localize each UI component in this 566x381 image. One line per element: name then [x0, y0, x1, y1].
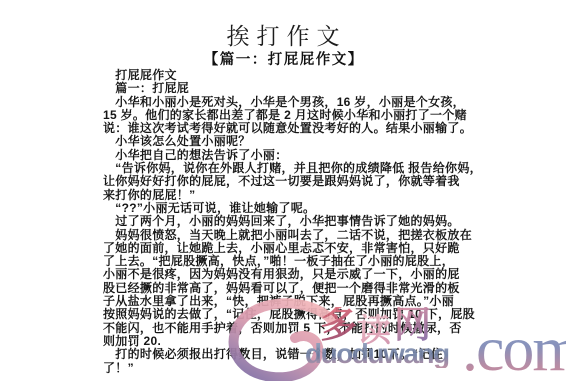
body-line: 不能闪，也不能用手护着，否则加罚 5 下，不能打的时候撒尿，否: [103, 322, 475, 335]
body-line: 过了两个月，小丽的妈妈回来了，小华把事情告诉了她的妈妈。: [103, 215, 475, 228]
body-line: 小丽不是很疼，因为妈妈没有用狠劲，只是示威了一下，小丽的屁: [103, 268, 475, 281]
essay-body: 打屁屁作文 篇一：打屁屁 小华和小丽小是死对头，小华是个男孩，16 岁，小丽是个…: [103, 69, 475, 375]
body-line: 小华该怎么处置小丽呢？: [103, 135, 475, 148]
body-line: 来打你的屁屁！”: [103, 189, 475, 202]
body-line: 篇一：打屁屁: [103, 82, 475, 95]
body-line: 了！”: [103, 362, 475, 375]
body-line: 打的时候必须报出打得数目，说错一个数，加罚10下。“记住: [103, 348, 475, 361]
body-line: 让你妈好好打你的屁屁，不过这一切要是跟妈妈说了，你就等着我: [103, 175, 475, 188]
page-subtitle: 【篇一：打屁屁作文】: [0, 48, 566, 69]
body-line: 妈妈很愤怒，当天晚上就把小丽叫去了，二话不说，把搓衣板放在: [103, 229, 475, 242]
watermark-site-suffix: .com: [462, 317, 566, 381]
body-line: 按照妈妈说的去做了，“记住，屁股撅得高点，否则加罚 10 下，屁股: [103, 308, 475, 321]
essay-page: 挨打作文 【篇一：打屁屁作文】 打屁屁作文 篇一：打屁屁 小华和小丽小是死对头，…: [0, 0, 566, 381]
page-title: 挨打作文: [0, 18, 566, 51]
body-line: 小华和小丽小是死对头，小华是个男孩，16 岁，小丽是个女孩，: [103, 96, 475, 109]
